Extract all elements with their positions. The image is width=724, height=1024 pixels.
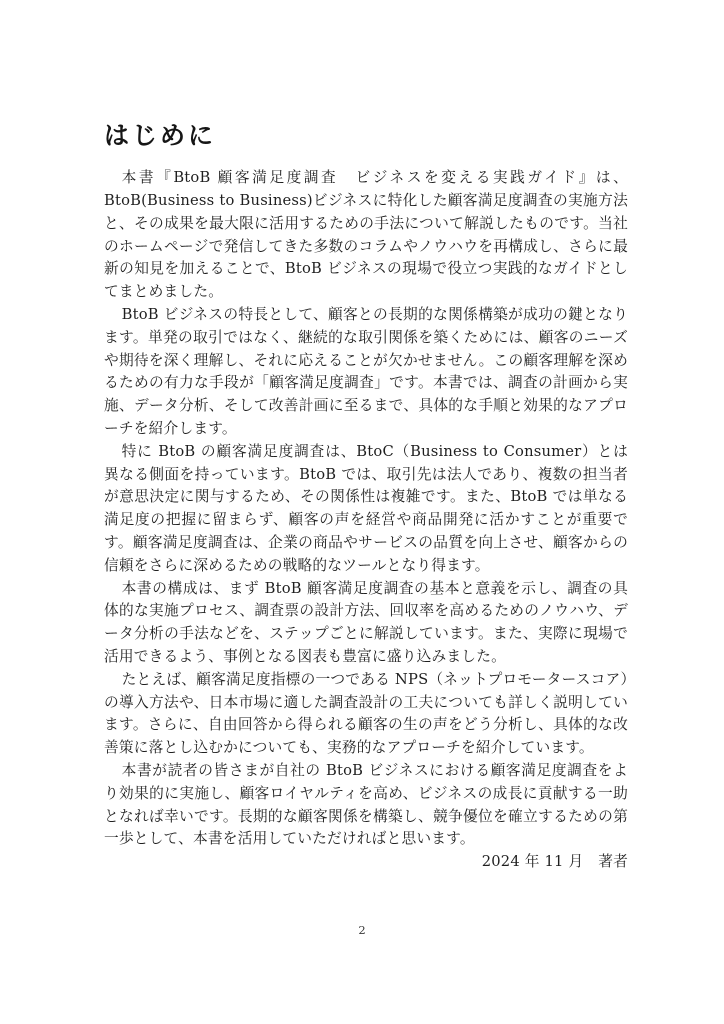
preface-paragraph-3: 特に BtoB の顧客満足度調査は、BtoC（Business to Consu… [104,441,628,578]
preface-content: はじめに 本書『BtoB 顧客満足度調査 ビジネスを変える実践ガイド』は、Bto… [104,120,628,874]
preface-title: はじめに [104,120,628,151]
date-author-line: 2024 年 11 月 著者 [104,851,628,874]
preface-paragraph-5: たとえば、顧客満足度指標の一つである NPS（ネットプロモータースコア）の導入方… [104,669,628,760]
preface-paragraph-2: BtoB ビジネスの特長として、顧客との長期的な関係構築が成功の鍵となります。単… [104,304,628,441]
page-number: 2 [0,923,724,937]
preface-paragraph-4: 本書の構成は、まず BtoB 顧客満足度調査の基本と意義を示し、調査の具体的な実… [104,578,628,669]
preface-paragraph-6: 本書が読者の皆さまが自社の BtoB ビジネスにおける顧客満足度調査をより効果的… [104,760,628,851]
document-page: はじめに 本書『BtoB 顧客満足度調査 ビジネスを変える実践ガイド』は、Bto… [0,0,724,1024]
preface-paragraph-1: 本書『BtoB 顧客満足度調査 ビジネスを変える実践ガイド』は、BtoB(Bus… [104,167,628,304]
